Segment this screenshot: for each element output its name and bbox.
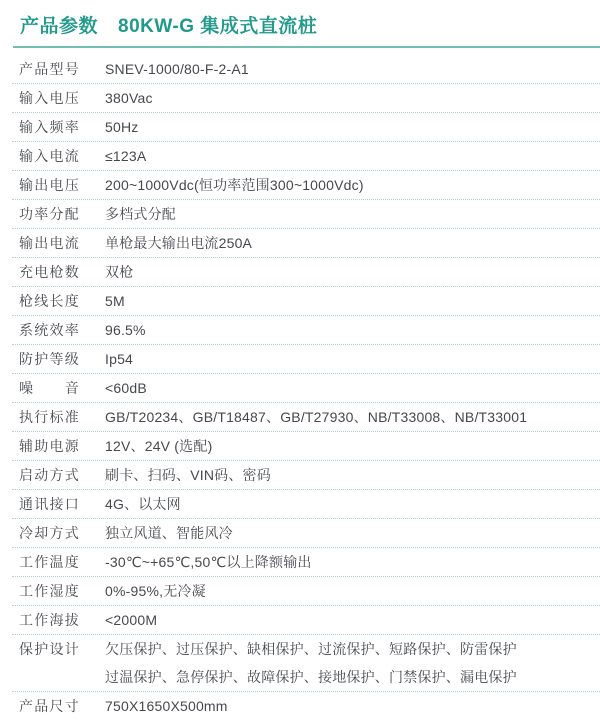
spec-value: <60dB bbox=[105, 374, 147, 402]
spec-row-standards: 执行标准 GB/T20234、GB/T18487、GB/T27930、NB/T3… bbox=[12, 403, 600, 432]
spec-label: 枪线长度 bbox=[19, 287, 79, 315]
spec-label: 保护设计 bbox=[19, 635, 79, 663]
section-label: 产品参数 bbox=[20, 16, 98, 37]
spec-label: 工作海拔 bbox=[19, 606, 79, 634]
spec-value: 50Hz bbox=[105, 113, 138, 141]
spec-label: 系统效率 bbox=[19, 316, 79, 344]
spec-label: 输入电流 bbox=[19, 142, 79, 170]
spec-value: 5M bbox=[105, 287, 125, 315]
spec-value: 380Vac bbox=[105, 84, 153, 112]
spec-label: 输出电流 bbox=[19, 229, 79, 257]
spec-value-line-2: 过温保护、急停保护、故障保护、接地保护、门禁保护、漏电保护 bbox=[105, 663, 517, 691]
spec-value: ≤123A bbox=[105, 142, 146, 170]
spec-value: <2000M bbox=[105, 606, 157, 634]
spec-value-multiline: 欠压保护、过压保护、缺相保护、过流保护、短路保护、防雷保护 过温保护、急停保护、… bbox=[105, 635, 517, 691]
product-spec-sheet: 产品参数80KW-G 集成式直流桩 产品型号 SNEV-1000/80-F-2-… bbox=[0, 0, 600, 726]
spec-value: GB/T20234、GB/T18487、GB/T27930、NB/T33008、… bbox=[105, 403, 527, 431]
spec-value: 多档式分配 bbox=[105, 200, 176, 228]
spec-row-protection-design: 保护设计 欠压保护、过压保护、缺相保护、过流保护、短路保护、防雷保护 过温保护、… bbox=[12, 635, 600, 692]
spec-label: 功率分配 bbox=[19, 200, 79, 228]
spec-row-output-current: 输出电流 单枪最大输出电流250A bbox=[12, 229, 600, 258]
spec-row-system-efficiency: 系统效率 96.5% bbox=[12, 316, 600, 345]
spec-label: 启动方式 bbox=[19, 461, 79, 489]
spec-label: 执行标准 bbox=[19, 403, 79, 431]
spec-row-output-voltage: 输出电压 200~1000Vdc(恒功率范围300~1000Vdc) bbox=[12, 171, 600, 200]
spec-row-noise: 噪音 <60dB bbox=[12, 374, 600, 403]
spec-row-aux-power: 辅助电源 12V、24V (选配) bbox=[12, 432, 600, 461]
spec-label: 输入频率 bbox=[19, 113, 79, 141]
spec-value: 独立风道、智能风冷 bbox=[105, 519, 233, 547]
spec-label: 工作温度 bbox=[19, 548, 79, 576]
spec-label: 输出电压 bbox=[19, 171, 79, 199]
spec-row-start-method: 启动方式 刷卡、扫码、VIN码、密码 bbox=[12, 461, 600, 490]
product-model-title: 80KW-G 集成式直流桩 bbox=[118, 16, 317, 37]
spec-sheet-header: 产品参数80KW-G 集成式直流桩 bbox=[13, 0, 600, 48]
spec-value-line-1: 欠压保护、过压保护、缺相保护、过流保护、短路保护、防雷保护 bbox=[105, 635, 517, 663]
spec-value: 12V、24V (选配) bbox=[105, 432, 212, 460]
spec-label: 输入电压 bbox=[19, 84, 79, 112]
spec-row-operating-temperature: 工作温度 -30℃~+65℃,50℃以上降额输出 bbox=[12, 548, 600, 577]
spec-value: 750X1650X500mm bbox=[105, 692, 228, 720]
spec-label: 辅助电源 bbox=[19, 432, 79, 460]
spec-value: SNEV-1000/80-F-2-A1 bbox=[105, 55, 249, 83]
spec-row-protection-rating: 防护等级 Ip54 bbox=[12, 345, 600, 374]
spec-label: 噪音 bbox=[19, 374, 79, 402]
page-title: 产品参数80KW-G 集成式直流桩 bbox=[20, 16, 600, 37]
spec-row-product-dimensions: 产品尺寸 750X1650X500mm bbox=[12, 692, 600, 720]
spec-value: -30℃~+65℃,50℃以上降额输出 bbox=[105, 548, 312, 576]
spec-value: 刷卡、扫码、VIN码、密码 bbox=[105, 461, 271, 489]
spec-value: 4G、以太网 bbox=[105, 490, 181, 518]
spec-label: 产品尺寸 bbox=[19, 692, 79, 720]
spec-label: 防护等级 bbox=[19, 345, 79, 373]
spec-row-cable-length: 枪线长度 5M bbox=[12, 287, 600, 316]
spec-row-input-current: 输入电流 ≤123A bbox=[12, 142, 600, 171]
spec-value: 0%-95%,无冷凝 bbox=[105, 577, 206, 605]
spec-value: 单枪最大输出电流250A bbox=[105, 229, 252, 257]
spec-label: 充电枪数 bbox=[19, 258, 79, 286]
spec-row-input-frequency: 输入频率 50Hz bbox=[12, 113, 600, 142]
spec-row-gun-count: 充电枪数 双枪 bbox=[12, 258, 600, 287]
spec-row-comm-interface: 通讯接口 4G、以太网 bbox=[12, 490, 600, 519]
spec-value: 96.5% bbox=[105, 316, 146, 344]
spec-row-input-voltage: 输入电压 380Vac bbox=[12, 84, 600, 113]
spec-label: 产品型号 bbox=[19, 55, 79, 83]
spec-row-cooling: 冷却方式 独立风道、智能风冷 bbox=[12, 519, 600, 548]
spec-row-operating-altitude: 工作海拔 <2000M bbox=[12, 606, 600, 635]
spec-value: 双枪 bbox=[105, 258, 133, 286]
spec-label: 冷却方式 bbox=[19, 519, 79, 547]
spec-row-operating-humidity: 工作湿度 0%-95%,无冷凝 bbox=[12, 577, 600, 606]
spec-label: 通讯接口 bbox=[19, 490, 79, 518]
spec-row-product-model: 产品型号 SNEV-1000/80-F-2-A1 bbox=[12, 55, 600, 84]
spec-row-power-distribution: 功率分配 多档式分配 bbox=[12, 200, 600, 229]
spec-value: 200~1000Vdc(恒功率范围300~1000Vdc) bbox=[105, 171, 364, 199]
spec-label: 工作湿度 bbox=[19, 577, 79, 605]
spec-value: Ip54 bbox=[105, 345, 133, 373]
spec-table: 产品型号 SNEV-1000/80-F-2-A1 输入电压 380Vac 输入频… bbox=[12, 48, 600, 720]
